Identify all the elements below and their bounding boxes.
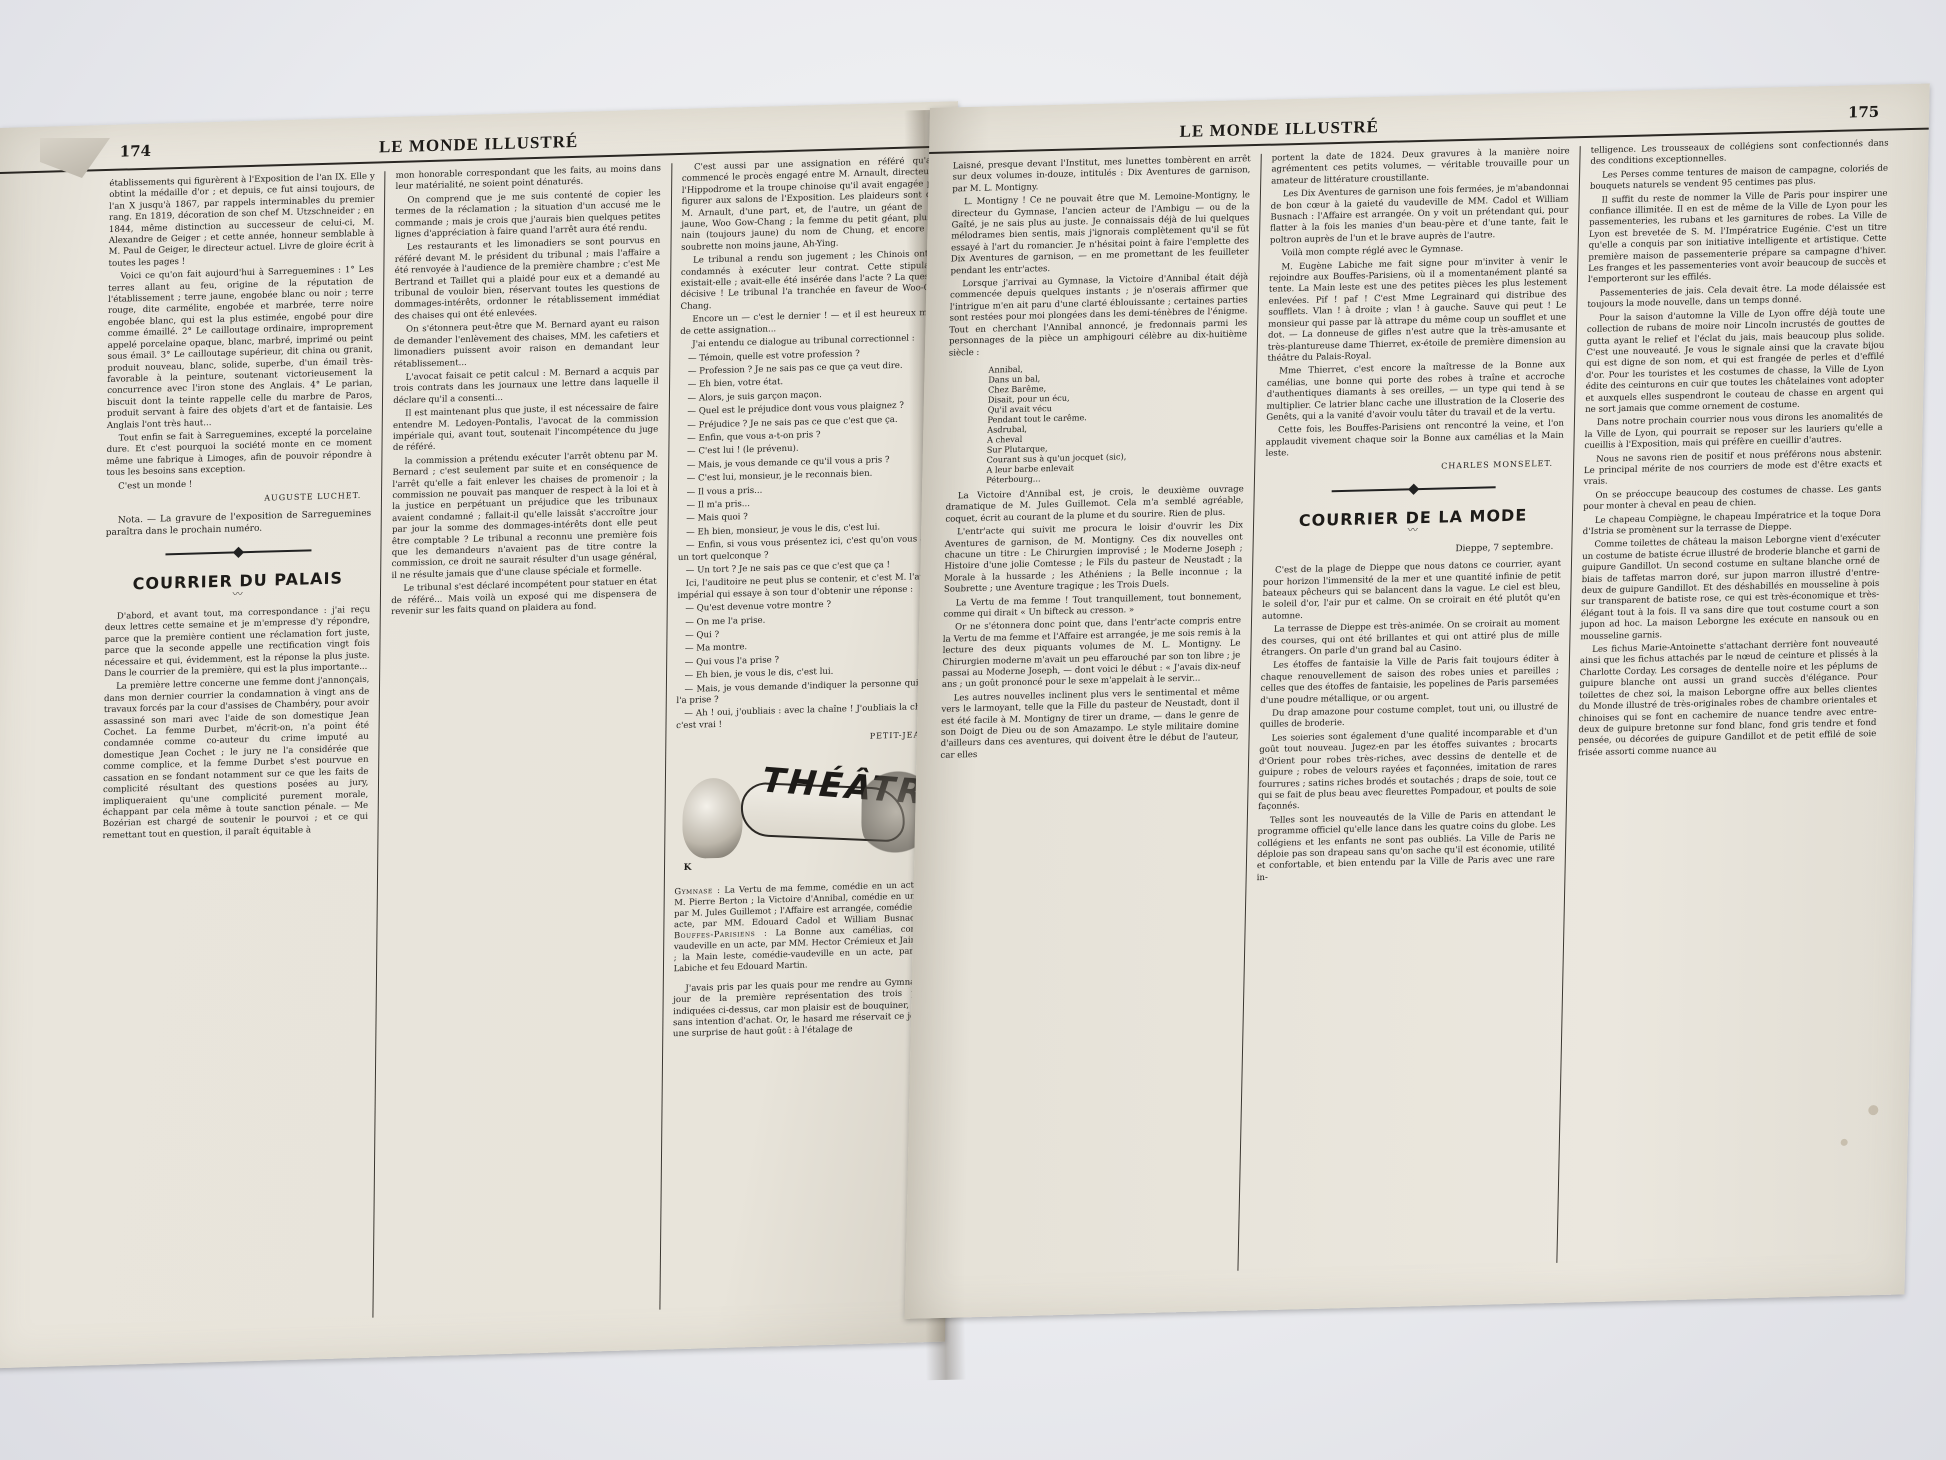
article-paragraph: Comme toilettes de château la maison Leb… bbox=[1580, 533, 1880, 643]
article-paragraph: Les étoffes de fantaisie la Ville de Par… bbox=[1260, 654, 1559, 707]
author-signature: PETIT-JEAN. bbox=[686, 729, 931, 747]
theatre-playbill: Gymnase : La Vertu de ma femme, comédie … bbox=[674, 878, 940, 973]
article-paragraph: Il est maintenant plus que juste, il est… bbox=[393, 402, 659, 455]
right-column-1: Laisné, presque devant l'Institut, mes l… bbox=[905, 154, 1261, 1279]
right-page: LE MONDE ILLUSTRÉ 175 Laisné, presque de… bbox=[905, 84, 1930, 1319]
quoted-verse: Annibal, Dans un bal, Chez Barême, Disai… bbox=[986, 358, 1246, 484]
dialogue-line: — Ah ! oui, j'oubliais : avec la chaîne … bbox=[676, 702, 942, 732]
right-column-2: portent la date de 1824. Deux gravures à… bbox=[1238, 146, 1580, 1271]
author-signature: CHARLES MONSELET. bbox=[1275, 457, 1553, 475]
article-paragraph: C'est de la plage de Dieppe que nous dat… bbox=[1262, 559, 1561, 623]
engraver-monogram: K bbox=[684, 863, 692, 875]
article-paragraph: La Victoire d'Annibal est, je crois, le … bbox=[945, 484, 1244, 526]
article-paragraph: établissements qui figurèrent à l'Exposi… bbox=[108, 172, 374, 271]
article-paragraph: L'avocat faisait ce petit calcul : M. Be… bbox=[393, 366, 659, 408]
article-paragraph: Les Dix Aventures de garnison une fois f… bbox=[1270, 183, 1569, 247]
section-divider bbox=[1332, 486, 1496, 492]
article-paragraph: Tout enfin se fait à Sarreguemines, exce… bbox=[106, 427, 372, 480]
right-column-3: telligence. Les trousseaux de collégiens… bbox=[1557, 138, 1928, 1263]
article-paragraph: Dans notre prochain courrier nous vous d… bbox=[1584, 411, 1883, 453]
article-paragraph: On s'étonnera peut-être que M. Bernard a… bbox=[394, 318, 660, 371]
right-page-number: 175 bbox=[1848, 103, 1880, 122]
cherub-engraving-icon bbox=[682, 777, 743, 859]
article-paragraph: Or ne s'étonnera donc point que, dans l'… bbox=[942, 616, 1241, 692]
courtroom-dialogue: — Témoin, quelle est votre profession ? … bbox=[676, 346, 945, 732]
article-paragraph: Voici ce qu'on fait aujourd'hui à Sarreg… bbox=[107, 265, 374, 432]
left-page-columns: établissements qui figurèrent à l'Exposi… bbox=[0, 155, 957, 1328]
author-signature: AUGUSTE LUCHET. bbox=[116, 490, 361, 508]
article-paragraph: la commission a prétendu exécuter l'arrê… bbox=[391, 449, 658, 582]
article-paragraph: On comprend que je me suis contenté de c… bbox=[395, 188, 661, 241]
playbill-gymnase-label: Gymnase : bbox=[674, 885, 720, 896]
article-paragraph: La terrasse de Dieppe est très-animée. O… bbox=[1261, 618, 1560, 660]
article-paragraph: Il suffit du reste de nommer la Ville de… bbox=[1588, 188, 1888, 287]
article-paragraph: Les fichus Marie-Antoinette s'attachant … bbox=[1578, 638, 1878, 759]
left-column-2: mon honorable correspondant que les fait… bbox=[374, 163, 672, 1317]
article-paragraph: Le tribunal s'est déclaré incompétent po… bbox=[391, 577, 657, 619]
article-paragraph: D'abord, et avant tout, ma correspondanc… bbox=[104, 605, 370, 681]
dateline: Dieppe, 7 septembre. bbox=[1271, 542, 1553, 560]
article-paragraph: Mme Thierret, c'est encore la maîtresse … bbox=[1266, 360, 1565, 424]
nota-note: Nota. — La gravure de l'exposition de Sa… bbox=[106, 509, 372, 539]
article-paragraph: Nous ne savons rien de positif et nous p… bbox=[1584, 447, 1883, 489]
article-paragraph: La première lettre concerne une femme do… bbox=[102, 675, 369, 842]
article-paragraph: Les soieries sont également d'une qualit… bbox=[1258, 727, 1558, 814]
right-page-columns: Laisné, presque devant l'Institut, mes l… bbox=[905, 138, 1928, 1279]
article-paragraph: Les restaurants et les limonadiers se so… bbox=[394, 236, 660, 323]
article-paragraph: L. Montigny ! Ce ne pouvait être que M. … bbox=[950, 190, 1250, 277]
section-title-courrier-de-la-mode: COURRIER DE LA MODE bbox=[1264, 509, 1562, 528]
article-paragraph: J'avais pris par les quais pour me rendr… bbox=[673, 977, 939, 1041]
left-page: 174 LE MONDE ILLUSTRÉ établissements qui… bbox=[0, 101, 958, 1368]
article-paragraph: Lorsque j'arrivai au Gymnase, la Victoir… bbox=[949, 272, 1249, 359]
article-paragraph: M. Eugène Labiche me fait signe pour m'i… bbox=[1267, 255, 1567, 365]
newspaper-spread: 174 LE MONDE ILLUSTRÉ établissements qui… bbox=[0, 0, 1946, 1460]
section-divider bbox=[165, 550, 311, 556]
article-paragraph: portent la date de 1824. Deux gravures à… bbox=[1271, 146, 1570, 188]
article-paragraph: Pour la saison d'automne la Ville de Lyo… bbox=[1585, 306, 1885, 416]
article-paragraph: Telles sont les nouveautés de la Ville d… bbox=[1257, 809, 1556, 885]
article-paragraph: Cette fois, les Bouffes-Parisiens ont re… bbox=[1265, 419, 1564, 461]
theatres-engraved-banner: THÉÂTRES K bbox=[679, 751, 938, 878]
article-paragraph: Laisné, presque devant l'Institut, mes l… bbox=[952, 154, 1251, 196]
article-paragraph: Les autres nouvelles inclinent plus vers… bbox=[940, 686, 1239, 762]
left-column-1: établissements qui figurèrent à l'Exposi… bbox=[0, 171, 386, 1328]
article-paragraph: L'entr'acte qui suivit me procura le loi… bbox=[944, 521, 1243, 597]
